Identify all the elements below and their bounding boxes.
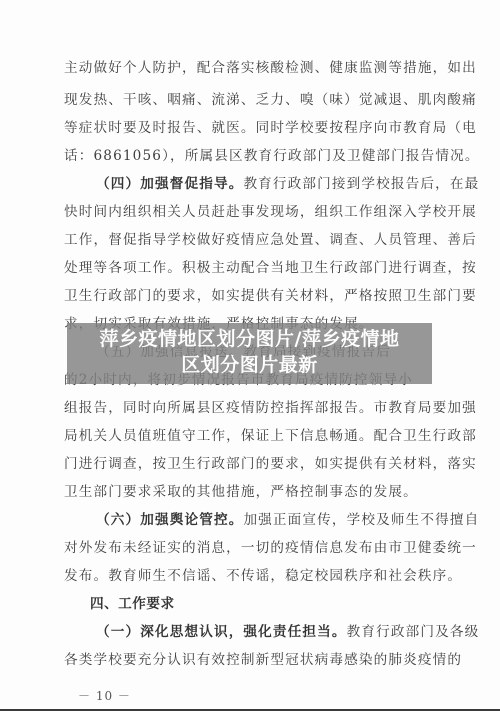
text-line: 卫生行政部门的要求，如实提供有关材料，严格按照卫生部门要: [64, 288, 436, 304]
text-line: 主动做好个人防护，配合落实核酸检测、健康监测等措施，如出: [64, 60, 436, 76]
text-line: 对外发布未经证实的消息，一切的疫情信息发布由市卫健委统一: [64, 540, 436, 556]
overlay-title: 萍乡疫情地区划分图片/萍乡疫情地 区划分图片最新: [67, 326, 432, 378]
page-number: － 10 －: [78, 687, 131, 704]
text-line: 工作，督促指导学校做好疫情应急处置、调查、人员管理、善后: [64, 232, 436, 248]
subsection-one-line: （一）深化思想认识，强化责任担当。教育行政部门及各级: [96, 624, 436, 640]
overlay-title-line-1: 萍乡疫情地区划分图片/萍乡疫情地: [67, 326, 432, 352]
text-line: 发布。教育师生不信谣、不传谣，稳定校园秩序和社会秩序。: [64, 568, 436, 584]
text-line: 组报告，同时向所属县区疫情防控指挥部报告。市教育局要加强: [64, 400, 436, 416]
text-line: 现发热、干咳、咽痛、流涕、乏力、嗅（味）觉减退、肌肉酸痛: [64, 92, 436, 108]
text-line: 局机关人员值班值守工作，保证上下信息畅通。配合卫生行政部: [64, 428, 436, 444]
text-line: 等症状时要及时报告、就医。同时学校要按程序向市教育局（电: [64, 120, 436, 136]
section-text: 教育行政部门及各级: [347, 624, 480, 640]
text-line: 卫生部门要求采取的其他措施，严格控制事态的发展。: [64, 484, 436, 500]
text-line: 各类学校要充分认识有效控制新型冠状病毒感染的肺炎疫情的: [64, 652, 436, 668]
text-line: 处理等各项工作。积极主动配合当地卫生行政部门进行调查，按: [64, 260, 436, 276]
section-six-line: （六）加强舆论管控。加强正面宣传，学校及师生不得擅自: [96, 512, 436, 528]
section-heading-inline: （四）加强督促指导。: [96, 176, 243, 192]
section-heading-inline: （一）深化思想认识，强化责任担当。: [96, 624, 347, 640]
section-four-line: （四）加强督促指导。教育行政部门接到学校报告后，在最: [96, 176, 436, 192]
text-line: 话：6861056），所属县区教育行政部门及卫健部门报告情况。: [64, 148, 436, 164]
section-heading: 四、工作要求: [90, 596, 462, 612]
section-heading-inline: （六）加强舆论管控。: [96, 512, 243, 528]
section-text: 教育行政部门接到学校报告后，在最: [243, 176, 479, 192]
text-line: 快时间内组织相关人员赶赴事发现场，组织工作组深入学校开展: [64, 204, 436, 220]
text-line: 门进行调查，按卫生行政部门的要求，如实提供有关材料，落实: [64, 456, 436, 472]
section-text: 加强正面宣传，学校及师生不得擅自: [243, 512, 479, 528]
overlay-title-line-2: 区划分图片最新: [67, 352, 432, 378]
